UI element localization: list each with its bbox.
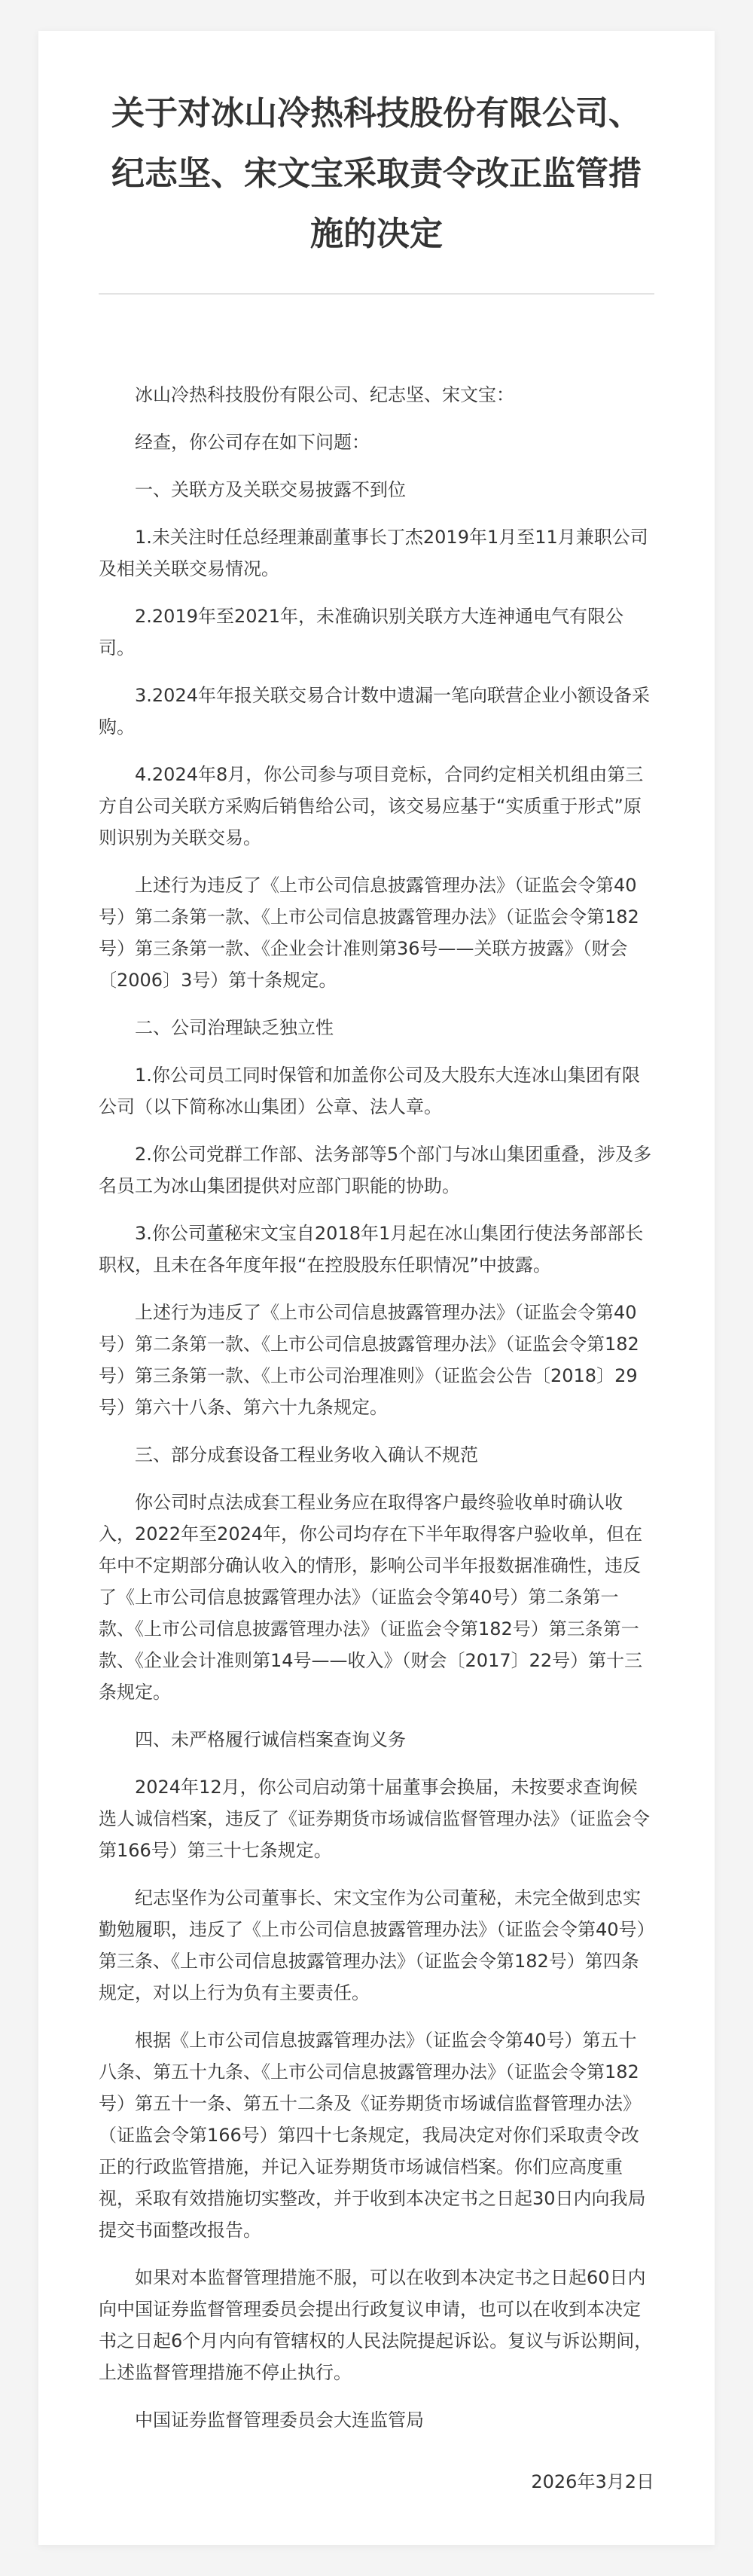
document-body: 冰山冷热科技股份有限公司、纪志坚、宋文宝： 经查，你公司存在如下问题： 一、关联… — [99, 379, 654, 2498]
document-title: 关于对冰山冷热科技股份有限公司、纪志坚、宋文宝采取责令改正监管措施的决定 — [99, 84, 654, 264]
paragraph-violation: 上述行为违反了《上市公司信息披露管理办法》（证监会令第40号）第二条第一款、《上… — [99, 1297, 654, 1423]
issue-date: 2026年3月2日 — [99, 2466, 654, 2498]
paragraph-responsibility: 纪志坚作为公司董事长、宋文宝作为公司董秘，未完全做到忠实勤勉履职，违反了《上市公… — [99, 1882, 654, 2009]
paragraph-intro: 经查，你公司存在如下问题： — [99, 426, 654, 458]
paragraph: 4.2024年8月，你公司参与项目竞标，合同约定相关机组由第三方自公司关联方采购… — [99, 759, 654, 854]
title-divider — [99, 293, 654, 295]
paragraph-appeal: 如果对本监督管理措施不服，可以在收到本决定书之日起60日内向中国证券监督管理委员… — [99, 2262, 654, 2388]
paragraph: 2.2019年至2021年，未准确识别关联方大连神通电气有限公司。 — [99, 600, 654, 664]
paragraph: 3.2024年年报关联交易合计数中遗漏一笔向联营企业小额设备采购。 — [99, 680, 654, 743]
issuing-authority: 中国证券监督管理委员会大连监管局 — [99, 2404, 654, 2436]
paragraph: 2.你公司党群工作部、法务部等5个部门与冰山集团重叠，涉及多名员工为冰山集团提供… — [99, 1138, 654, 1202]
section-heading-3: 三、部分成套设备工程业务收入确认不规范 — [99, 1439, 654, 1471]
paragraph: 1.未关注时任总经理兼副董事长丁杰2019年1月至11月兼职公司及相关关联交易情… — [99, 521, 654, 585]
paragraph-violation: 上述行为违反了《上市公司信息披露管理办法》（证监会令第40号）第二条第一款、《上… — [99, 869, 654, 996]
addressee: 冰山冷热科技股份有限公司、纪志坚、宋文宝： — [99, 379, 654, 411]
document-card: 关于对冰山冷热科技股份有限公司、纪志坚、宋文宝采取责令改正监管措施的决定 冰山冷… — [38, 31, 715, 2545]
paragraph: 3.你公司董秘宋文宝自2018年1月起在冰山集团行使法务部部长职权，且未在各年度… — [99, 1218, 654, 1281]
section-heading-4: 四、未严格履行诚信档案查询义务 — [99, 1724, 654, 1756]
paragraph: 你公司时点法成套工程业务应在取得客户最终验收单时确认收入，2022年至2024年… — [99, 1487, 654, 1708]
paragraph-decision: 根据《上市公司信息披露管理办法》（证监会令第40号）第五十八条、第五十九条、《上… — [99, 2024, 654, 2246]
section-heading-2: 二、公司治理缺乏独立性 — [99, 1012, 654, 1044]
paragraph: 2024年12月，你公司启动第十届董事会换届，未按要求查询候选人诚信档案，违反了… — [99, 1771, 654, 1866]
paragraph: 1.你公司员工同时保管和加盖你公司及大股东大连冰山集团有限公司（以下简称冰山集团… — [99, 1059, 654, 1123]
section-heading-1: 一、关联方及关联交易披露不到位 — [99, 474, 654, 506]
